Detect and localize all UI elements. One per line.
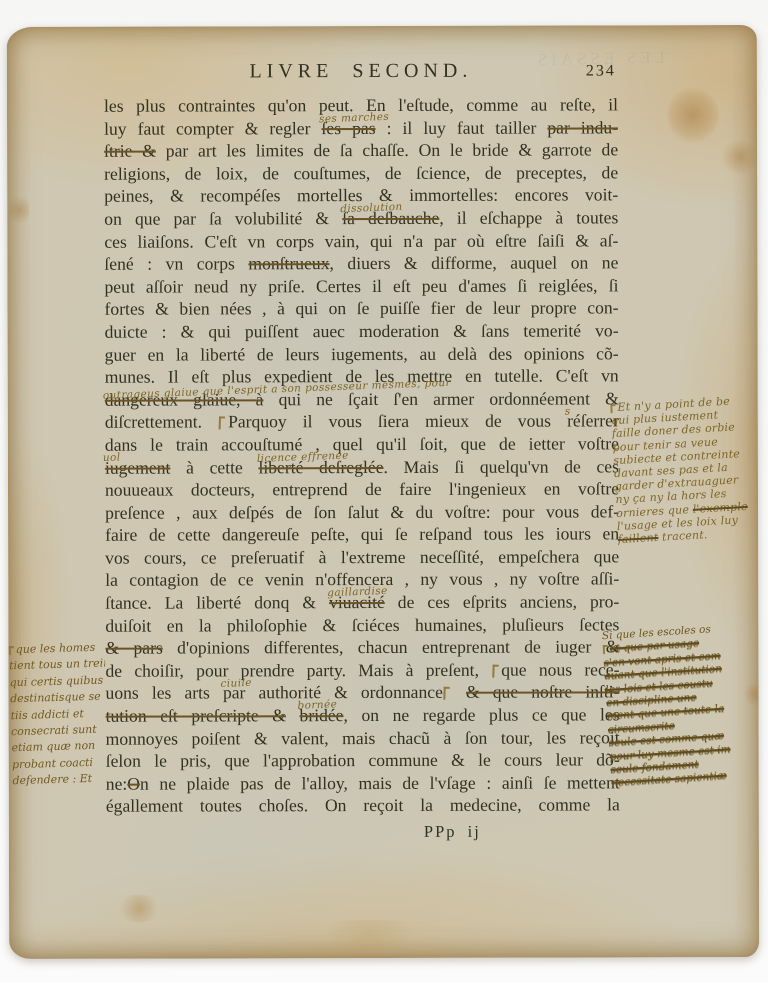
book-title: LIVRE SECOND.	[104, 59, 618, 83]
foxing-stain	[723, 137, 757, 177]
margin-annotation-right-upper: Et n'y a point de bequi plus iustementfa…	[610, 393, 759, 546]
insertion-caret-icon	[492, 664, 498, 677]
text-segment: guer en la liberté de leurs iugements, a…	[105, 343, 619, 364]
running-header: LIVRE SECOND. 234	[104, 59, 618, 86]
printed-line: diſcrettement. Parquoy il vous ſiera mie…	[105, 410, 619, 434]
book-page-scan: LES ESSAIS LIVRE SECOND. 234 les plus co…	[7, 25, 759, 959]
struck-text: viuacitégaillardise	[329, 592, 385, 612]
printed-line: & pars d'opinions differentes, chacun en…	[105, 636, 619, 660]
text-segment: destinatisque se	[10, 690, 101, 706]
text-segment: , il eſchappe à toutes	[439, 207, 618, 227]
text-segment: on que par ſa volubilité &	[104, 208, 342, 229]
insertion-caret-icon	[219, 417, 225, 430]
text-segment: égallement toutes choſes. On reçoit la m…	[106, 795, 620, 816]
foxing-stain	[309, 920, 429, 950]
foxing-stain	[667, 87, 719, 143]
text-segment: : il luy faut tailler	[376, 117, 548, 137]
text-segment: . Mais ſi quelqu'vn de ces	[383, 456, 618, 477]
printed-line: ſtrie & par art les limites de ſa chaſſe…	[104, 139, 618, 163]
printed-line: de choiſir, pour prendre party. Mais à p…	[105, 658, 619, 682]
struck-text: & que noſtre inſti-	[466, 682, 620, 702]
struck-text: liberté deſregléelicence effrenée	[258, 456, 383, 476]
handwritten-line: defendere : Et	[12, 771, 108, 790]
text-segment: tiis addicti et	[10, 707, 84, 722]
foxing-stain	[117, 895, 161, 923]
text-segment: vn corps	[152, 254, 248, 274]
text-segment: ne:	[106, 773, 128, 793]
printed-line: duicte : & qui puiſſent auec moderation …	[105, 319, 619, 343]
page-number: 234	[586, 62, 616, 80]
interlinear-note: ciuile	[221, 677, 253, 690]
printed-line: duiſoit en la philoſophie & ſciéces huma…	[105, 613, 619, 637]
text-segment: n ne plaide pas de l'alloy, mais de l'vſ…	[140, 772, 620, 793]
text-segment: de ces eſprits anciens, pro-	[385, 591, 620, 612]
printed-line: preſence , aux deſpés de ſon ſalut & du …	[105, 500, 619, 524]
text-segment: , on ne regarde plus ce que les	[343, 704, 619, 725]
text-segment: dans le train accouſtumé , quel qu'il ſo…	[105, 433, 619, 454]
interlinear-note: dissolution	[340, 201, 403, 215]
text-segment: etiam quæ non	[11, 739, 95, 754]
text-segment: vos cours, ce preſeruatif à l'extreme ne…	[105, 546, 619, 567]
struck-text: ſes passes marches	[321, 118, 375, 138]
printed-line: ne:On ne plaide pas de l'alloy, mais de …	[106, 771, 620, 795]
text-segment: authorité & ordonnance	[245, 682, 443, 703]
struck-text: dangereux glaiue, àoutrageus glaiue que …	[105, 389, 264, 409]
text-segment: de choiſir, pour prendre party. Mais à p…	[105, 660, 491, 681]
printed-line: dans le train accouſtumé , quel qu'il ſo…	[105, 432, 619, 456]
printed-line: tution eſt preſcripte & bridéebornée, on…	[106, 703, 620, 727]
printed-line: iugementuol à cette liberté deſregléelic…	[105, 455, 619, 479]
text-segment: luy faut compter & regler	[104, 118, 321, 139]
text-segment: religions, de loix, de couſtumes, de ſci…	[104, 162, 618, 183]
text-segment: ces liaiſons. C'eſt vn corps vain, qui n…	[104, 230, 618, 251]
interlinear-note: uol	[103, 451, 121, 464]
printed-line: on que par ſa volubilité & ſa deſbauched…	[104, 206, 618, 230]
text-segment: ſelon le pris, que l'approbation commune…	[106, 750, 620, 771]
text-segment: que nous rece-	[501, 659, 619, 679]
printed-line: ſtance. La liberté donq & viuacitégailla…	[105, 590, 619, 614]
text-segment: fortes & bien nées , à qui on ſe puiſſe …	[104, 298, 618, 319]
printed-line: dangereux glaiue, àoutrageus glaiue que …	[105, 387, 619, 411]
text-segment: duicte : & qui puiſſent auec moderation …	[105, 320, 619, 341]
printed-line: égallement toutes choſes. On reçoit la m…	[106, 794, 620, 818]
text-segment: monnoyes poiſent & valent, mais chacũ à …	[106, 727, 620, 748]
text-segment: uons les arts	[105, 683, 222, 703]
struck-text: iugementuol	[105, 457, 171, 477]
text-segment: ſtance.	[105, 593, 151, 613]
text-segment: tracent.	[658, 528, 708, 544]
text-segment: La liberté donq &	[152, 592, 329, 612]
text-segment: faire de cette dangereuſe peſte, qui ſe …	[105, 524, 619, 545]
interlinear-note: licence effrenée	[256, 449, 348, 464]
text-segment: Parquoy il vous ſiera mieux de vous	[228, 411, 567, 432]
text-segment: à cette	[170, 457, 258, 477]
printed-line: nouueaux docteurs, entreprend de faire l…	[105, 477, 619, 501]
interlinear-note: bornée	[297, 699, 337, 712]
text-segment	[453, 682, 466, 702]
interlinear-note: gaillardise	[327, 585, 388, 599]
struck-text: ſtrie &	[104, 141, 156, 161]
printed-line: fortes & bien nées , à qui on ſe puiſſe …	[104, 297, 618, 321]
text-segment: probant coacti	[12, 756, 93, 771]
struck-text: ſa deſbauchedissolution	[342, 208, 439, 228]
foxing-stain	[9, 193, 29, 227]
printed-line: guer en la liberté de leurs iugements, a…	[105, 342, 619, 366]
struck-text: monſtrueux	[248, 253, 329, 273]
insertion-caret-icon	[9, 646, 14, 655]
text-segment: d'opinions differentes, chacun entrepren…	[163, 637, 620, 658]
handwritten-line: etiam quæ non	[11, 738, 107, 757]
insertion-caret-icon	[610, 404, 615, 413]
text-segment: , diuers & difforme, auquel on ne	[329, 253, 618, 274]
printed-line: ſelon le pris, que l'approbation commune…	[106, 749, 620, 773]
printed-line: religions, de loix, de couſtumes, de ſci…	[104, 161, 618, 185]
printed-line: ſené : vn corps monſtrueux, diuers & dif…	[104, 252, 618, 276]
insertion-caret-icon	[444, 687, 450, 700]
text-segment: diſcrettement.	[105, 412, 218, 432]
struck-text: tution eſt preſcripte &	[106, 705, 286, 725]
text-segment: qui certis quibus	[9, 673, 103, 689]
text-segment: peut aſſoir neud ny priſe. Certes il eſt…	[104, 275, 618, 296]
printed-line: vos cours, ce preſeruatif à l'extreme ne…	[105, 545, 619, 569]
insertion-caret-icon	[603, 645, 608, 654]
margin-annotation-left: que les homestient tous un treinqui cert…	[8, 639, 108, 789]
printed-line: peut aſſoir neud ny priſe. Certes il eſt…	[104, 274, 618, 298]
text-segment: que les homes	[16, 641, 96, 656]
margin-annotation-right-lower: Si que les escoles oset que par usages'e…	[602, 621, 760, 791]
text-segment: consecrati sunt	[11, 723, 97, 738]
handwritten-line: destinatisque se	[10, 689, 106, 708]
printed-line: ces liaiſons. C'eſt vn corps vain, qui n…	[104, 229, 618, 253]
text-segment: ſené :	[104, 254, 152, 274]
printed-line: monnoyes poiſent & valent, mais chacũ à …	[106, 726, 620, 750]
struck-text: O	[127, 773, 140, 793]
printed-text-block: LIVRE SECOND. 234 les plus contraintes q…	[104, 59, 620, 842]
gathering-signature: PPp ij	[424, 821, 620, 842]
text-segment: preſence , aux deſpés de ſon ſalut & du …	[105, 501, 619, 522]
struck-text: l'exemple	[692, 500, 748, 516]
struck-text: faillent	[617, 531, 658, 546]
body-text: les plus contraintes qu'on peut. En l'eſ…	[104, 93, 620, 817]
interlinear-note: s	[565, 405, 571, 417]
printed-line: uons les arts parciuile authorité & ordo…	[105, 681, 619, 705]
struck-text: bridéebornée	[299, 705, 343, 725]
text-segment: nouueaux docteurs, entreprend de faire l…	[105, 478, 619, 499]
printed-line: luy faut compter & regler ſes passes mar…	[104, 116, 618, 140]
text-segment: defendere : Et	[12, 772, 92, 787]
text-segment: parciuile	[223, 683, 246, 703]
struck-text: par indu-	[547, 117, 618, 137]
printed-line: faire de cette dangereuſe peſte, qui ſe …	[105, 523, 619, 547]
struck-text: & pars	[105, 638, 162, 658]
text-segment: duiſoit en la philoſophie & ſciéces huma…	[105, 614, 619, 635]
text-segment: par art les limites de ſa chaſſe. On le …	[156, 140, 618, 161]
text-segment: tient tous un trein	[9, 657, 109, 673]
